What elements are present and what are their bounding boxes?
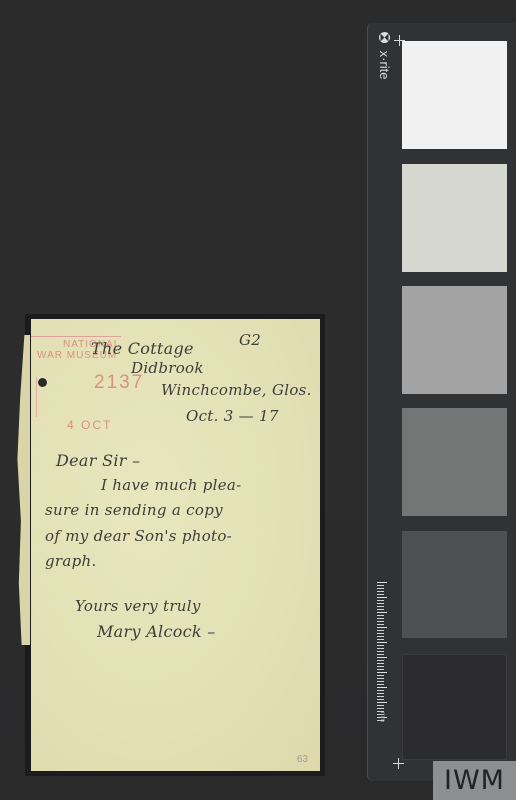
swatch-mid-light-gray [402,286,507,394]
folio-number: 63 [297,754,308,765]
xrite-logo-icon [379,32,390,43]
stamp-date: 4 OCT [67,418,112,432]
address-line-1: The Cottage [91,339,194,358]
stamp-vertical-rule [36,377,37,417]
letter-date: Oct. 3 — 17 [186,407,279,425]
address-line-3: Winchcombe, Glos. [161,381,312,399]
swatch-mid-gray [402,408,507,516]
stamp-rule [31,336,121,337]
body-line: sure in sending a copy [45,501,223,519]
body-line: of my dear Son's photo- [45,527,232,545]
punch-hole [38,378,47,387]
body-line: I have much plea- [101,476,242,494]
ruler-unit-label: mm [379,712,385,722]
swatch-black [402,654,507,760]
swatch-dark-gray [402,531,507,638]
address-line-2: Didbrook [131,359,204,377]
signature: Mary Alcock – [97,622,216,641]
letter-card: NATIONAL WAR MUSEUM 2137 4 OCT The Cotta… [31,319,320,771]
ruler-major-ticks [377,582,387,722]
iwm-watermark: IWM [433,761,516,800]
salutation: Dear Sir – [56,451,140,470]
body-line: graph. [45,552,97,570]
xrite-brand: x·rite [376,32,392,80]
swatch-light-gray [402,164,507,272]
reference-mark: G2 [239,331,261,349]
closing: Yours very truly [75,597,201,615]
brand-label: x·rite [377,51,392,80]
swatch-white [402,41,507,149]
